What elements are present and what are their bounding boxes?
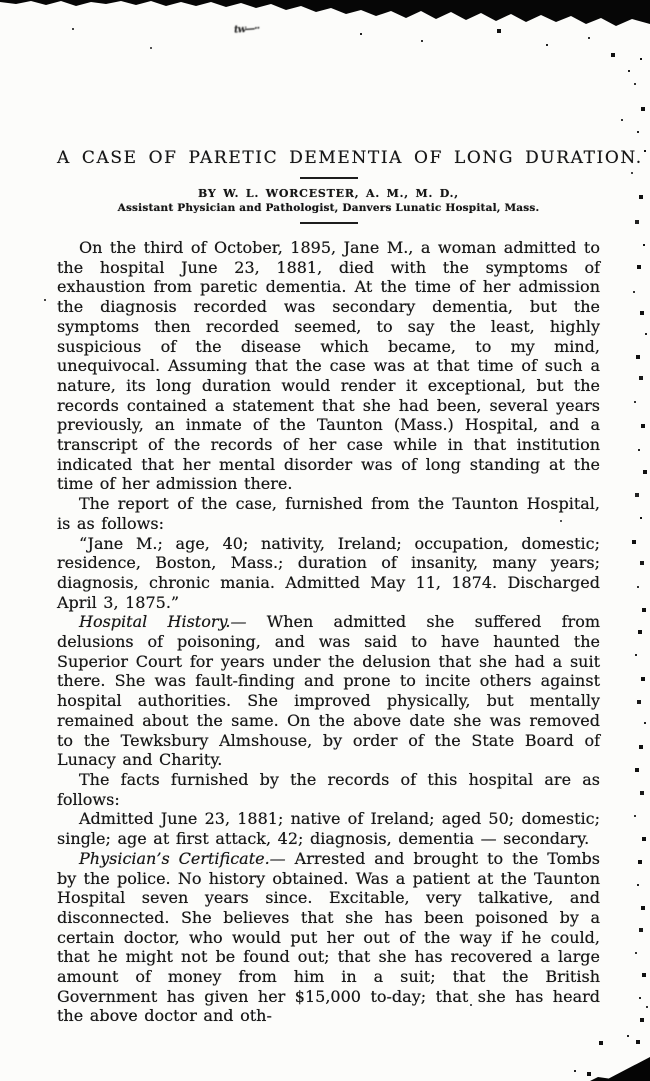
article-paragraph: The facts furnished by the records of th… <box>57 770 600 809</box>
paragraph-text: Admitted June 23, 1881; native of Irelan… <box>57 809 600 848</box>
article-paragraph: The report of the case, furnished from t… <box>57 494 600 533</box>
scan-corner-artifact <box>604 1055 650 1081</box>
paragraph-lead-hospital-history: Hospital History.— <box>79 612 247 631</box>
article-paragraph: Hospital History.— When admitted she suf… <box>57 612 600 770</box>
article-paragraph: Admitted June 23, 1881; native of Irelan… <box>57 809 600 848</box>
paragraph-lead-physicians-certificate: Physician’s Certificate.— <box>79 849 286 868</box>
paragraph-text: Arrested and brought to the Tombs by the… <box>57 849 600 1026</box>
article-body: On the third of October, 1895, Jane M., … <box>57 238 600 1026</box>
article-title: A CASE OF PARETIC DEMENTIA OF LONG DURAT… <box>57 148 600 168</box>
paragraph-text: On the third of October, 1895, Jane M., … <box>57 238 600 493</box>
paragraph-text: The report of the case, furnished from t… <box>57 494 600 533</box>
divider-rule-top <box>300 177 358 179</box>
paragraph-text: The facts furnished by the records of th… <box>57 770 600 809</box>
article-paragraph: “Jane M.; age, 40; nativity, Ireland; oc… <box>57 534 600 613</box>
paragraph-text: When admitted she suffered from delusion… <box>57 612 600 769</box>
affiliation: Assistant Physician and Pathologist, Dan… <box>57 202 600 214</box>
article-paragraph: Physician’s Certificate.— Arrested and b… <box>57 849 600 1026</box>
divider-rule-bottom <box>300 222 358 224</box>
article: A CASE OF PARETIC DEMENTIA OF LONG DURAT… <box>0 0 650 1026</box>
scanned-page: tw—·· A CASE OF PARETIC DEMENTIA OF LONG… <box>0 0 650 1081</box>
paragraph-text: “Jane M.; age, 40; nativity, Ireland; oc… <box>57 534 600 612</box>
byline: BY W. L. WORCESTER, A. M., M. D., <box>57 187 600 200</box>
article-paragraph: On the third of October, 1895, Jane M., … <box>57 238 600 494</box>
